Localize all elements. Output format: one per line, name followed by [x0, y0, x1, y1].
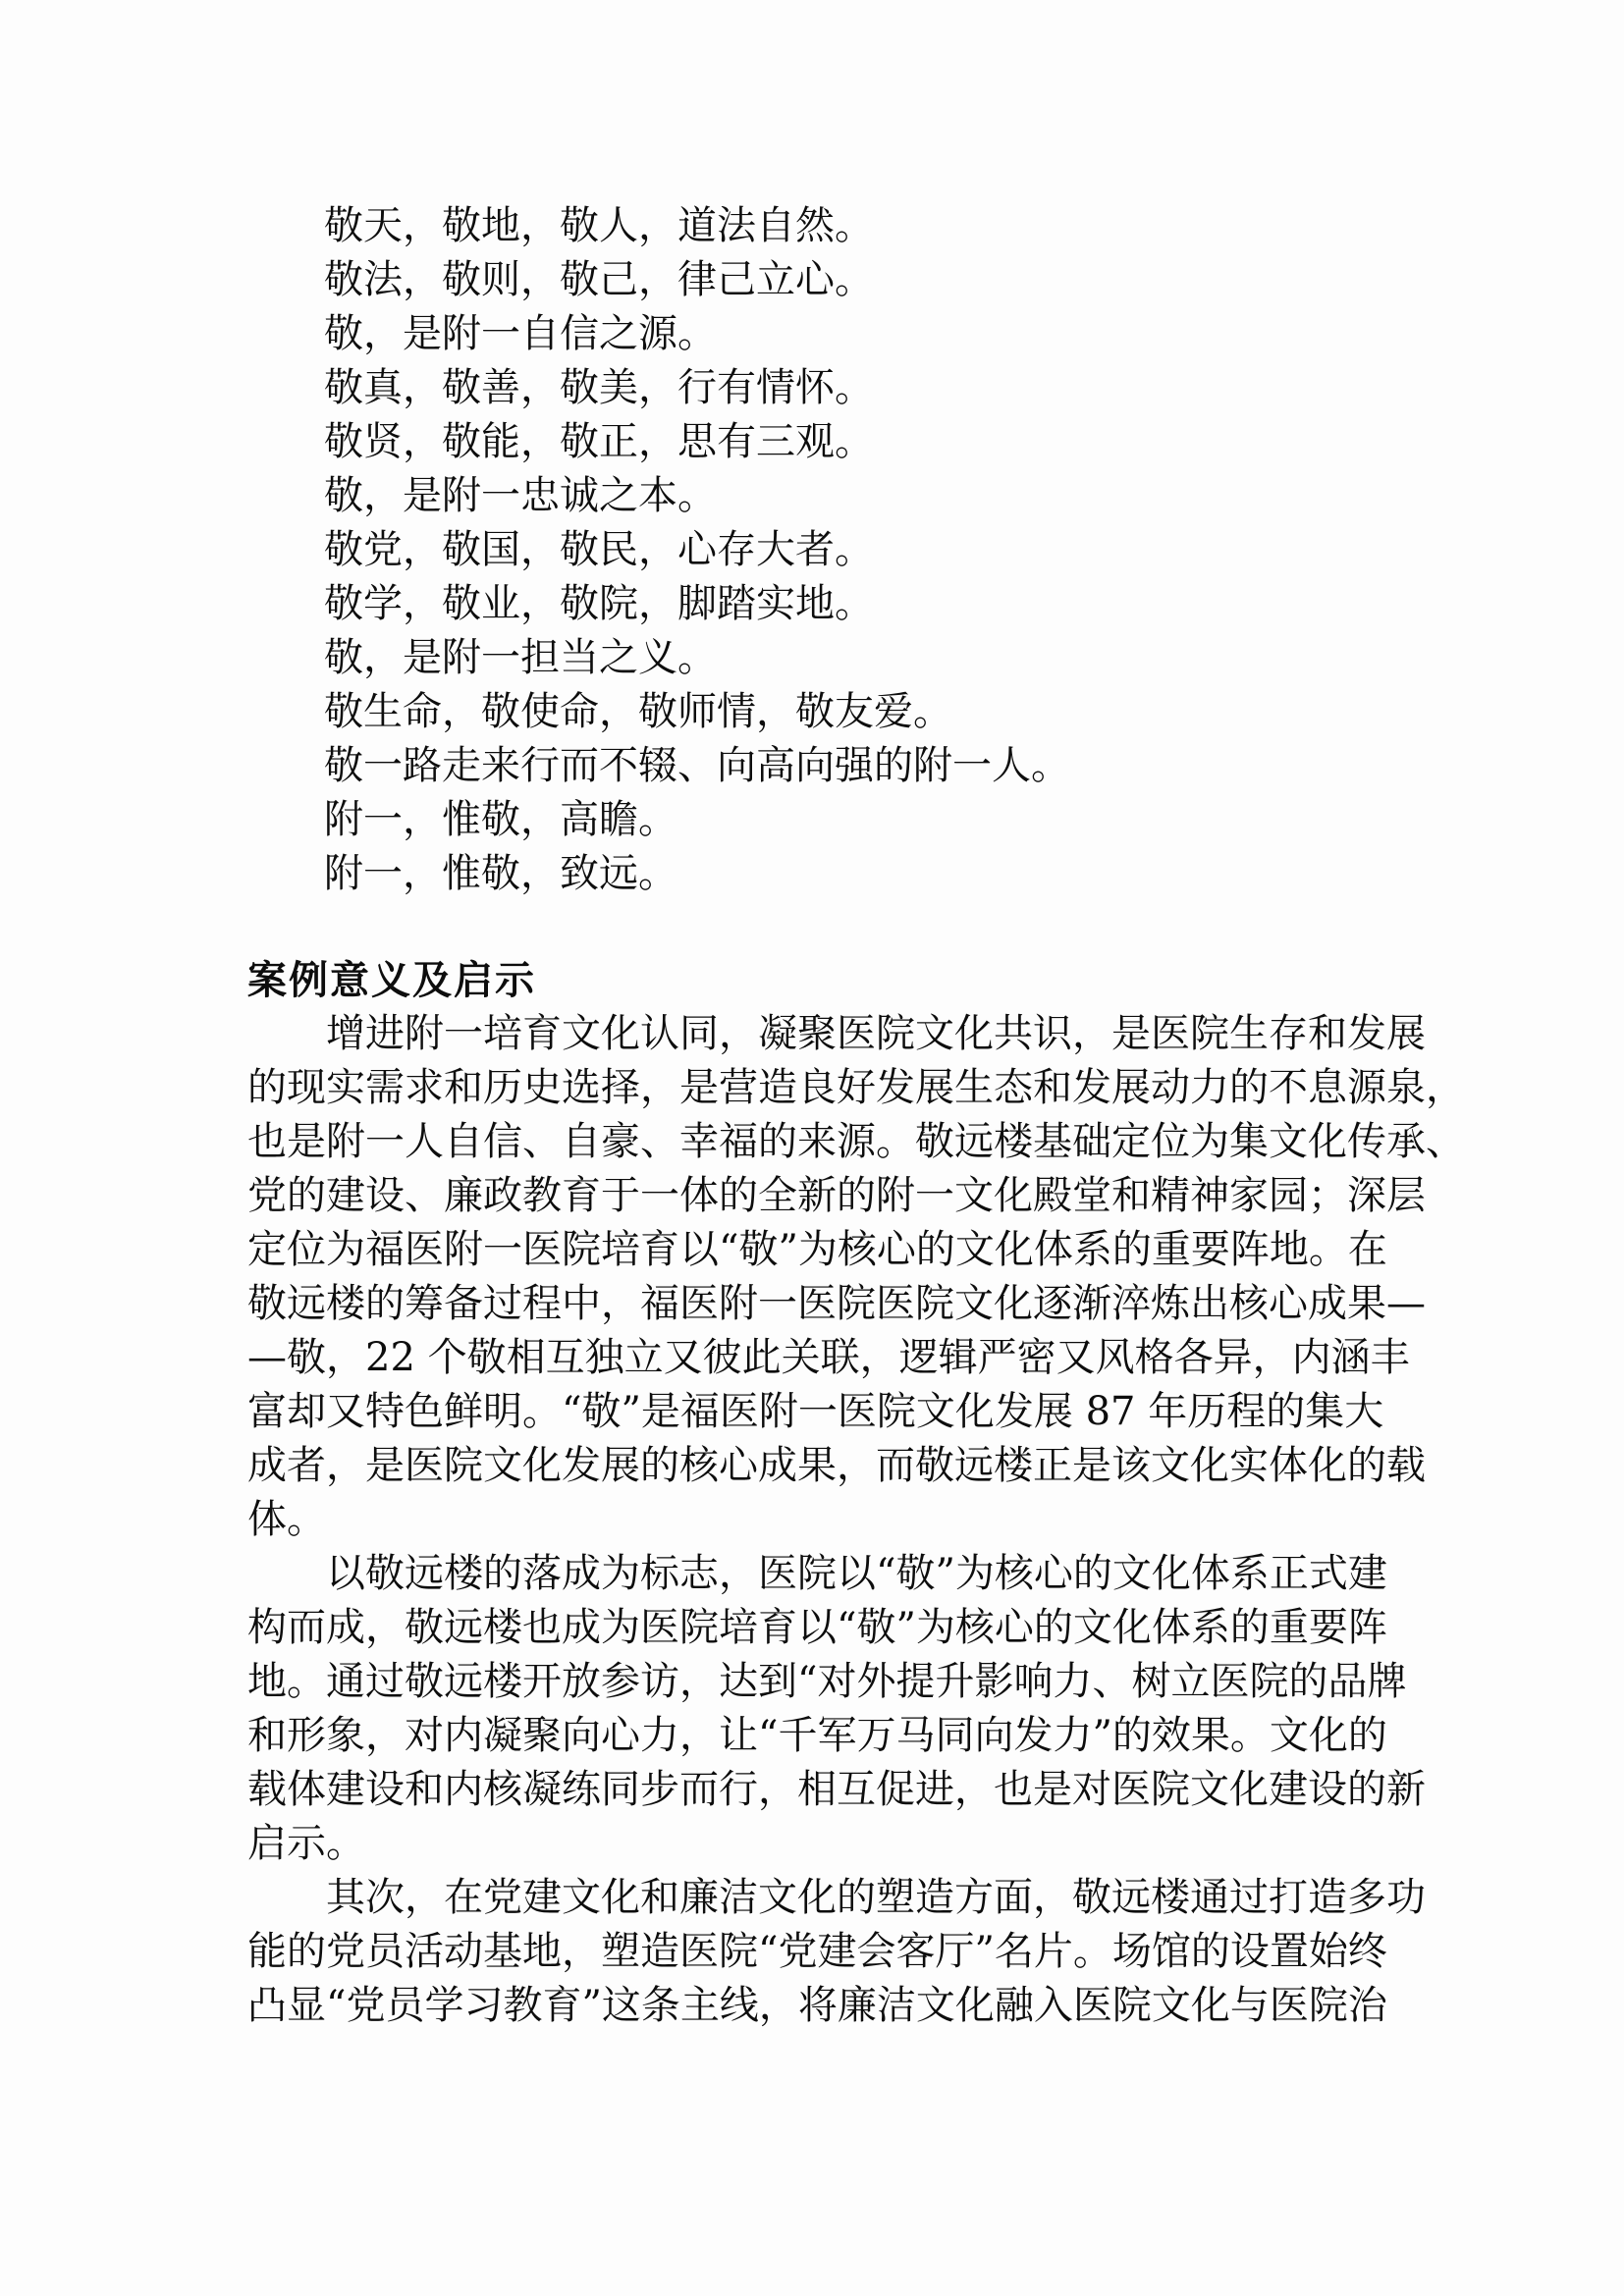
body-line: 党的建设、廉政教育于一体的全新的附一文化殿堂和精神家园；深层	[247, 1169, 1380, 1223]
body-line: 启示。	[247, 1817, 1380, 1871]
body-line: 能的党员活动基地，塑造医院“党建会客厅”名片。场馆的设置始终	[247, 1925, 1380, 1979]
body-line: 的现实需求和历史选择，是营造良好发展生态和发展动力的不息源泉，	[247, 1061, 1380, 1115]
document-page: 敬天，敬地，敬人，道法自然。 敬法，敬则，敬己，律己立心。 敬，是附一自信之源。…	[0, 0, 1624, 2296]
body-line: 载体建设和内核凝练同步而行，相互促进，也是对医院文化建设的新	[247, 1763, 1380, 1817]
body-line: 定位为福医附一医院培育以“敬”为核心的文化体系的重要阵地。在	[247, 1223, 1380, 1277]
poem-line: 敬贤，敬能，敬正，思有三观。	[324, 415, 1380, 469]
section-heading: 案例意义及启示	[247, 953, 1380, 1007]
body-line: 敬远楼的筹备过程中，福医附一医院医院文化逐渐淬炼出核心成果—	[247, 1277, 1380, 1331]
body-line: 富却又特色鲜明。“敬”是福医附一医院文化发展 87 年历程的集大	[247, 1385, 1380, 1439]
paragraph: 以敬远楼的落成为标志，医院以“敬”为核心的文化体系正式建 构而成，敬远楼也成为医…	[247, 1547, 1380, 1871]
paragraph: 其次，在党建文化和廉洁文化的塑造方面，敬远楼通过打造多功 能的党员活动基地，塑造…	[247, 1871, 1380, 2033]
body-line: 其次，在党建文化和廉洁文化的塑造方面，敬远楼通过打造多功	[247, 1871, 1380, 1925]
body-line: 和形象，对内凝聚向心力，让“千军万马同向发力”的效果。文化的	[247, 1709, 1380, 1763]
body-line: 成者，是医院文化发展的核心成果，而敬远楼正是该文化实体化的载	[247, 1439, 1380, 1493]
poem-line: 附一，惟敬，致远。	[324, 847, 1380, 901]
poem-line: 敬学，敬业，敬院，脚踏实地。	[324, 577, 1380, 631]
poem-line: 敬法，敬则，敬己，律己立心。	[324, 253, 1380, 307]
paragraph: 增进附一培育文化认同，凝聚医院文化共识，是医院生存和发展 的现实需求和历史选择，…	[247, 1007, 1380, 1547]
body-line: 增进附一培育文化认同，凝聚医院文化共识，是医院生存和发展	[247, 1007, 1380, 1061]
body-line: 体。	[247, 1493, 1380, 1547]
body-line: 构而成，敬远楼也成为医院培育以“敬”为核心的文化体系的重要阵	[247, 1601, 1380, 1655]
poem-line: 敬，是附一忠诚之本。	[324, 469, 1380, 523]
body-line: —敬，22 个敬相互独立又彼此关联，逻辑严密又风格各异，内涵丰	[247, 1331, 1380, 1385]
poem-line: 敬天，敬地，敬人，道法自然。	[324, 199, 1380, 253]
body-line: 也是附一人自信、自豪、幸福的来源。敬远楼基础定位为集文化传承、	[247, 1115, 1380, 1169]
poem-line: 附一，惟敬，高瞻。	[324, 793, 1380, 847]
poem-line: 敬党，敬国，敬民，心存大者。	[324, 523, 1380, 577]
body-line: 凸显“党员学习教育”这条主线，将廉洁文化融入医院文化与医院治	[247, 1979, 1380, 2033]
poem-line: 敬一路走来行而不辍、向高向强的附一人。	[324, 739, 1380, 793]
poem-block: 敬天，敬地，敬人，道法自然。 敬法，敬则，敬己，律己立心。 敬，是附一自信之源。…	[324, 199, 1380, 901]
poem-line: 敬真，敬善，敬美，行有情怀。	[324, 361, 1380, 415]
poem-line: 敬，是附一自信之源。	[324, 307, 1380, 361]
body-line: 以敬远楼的落成为标志，医院以“敬”为核心的文化体系正式建	[247, 1547, 1380, 1601]
body-line: 地。通过敬远楼开放参访，达到“对外提升影响力、树立医院的品牌	[247, 1655, 1380, 1709]
poem-line: 敬生命，敬使命，敬师情，敬友爱。	[324, 685, 1380, 739]
poem-line: 敬，是附一担当之义。	[324, 631, 1380, 685]
